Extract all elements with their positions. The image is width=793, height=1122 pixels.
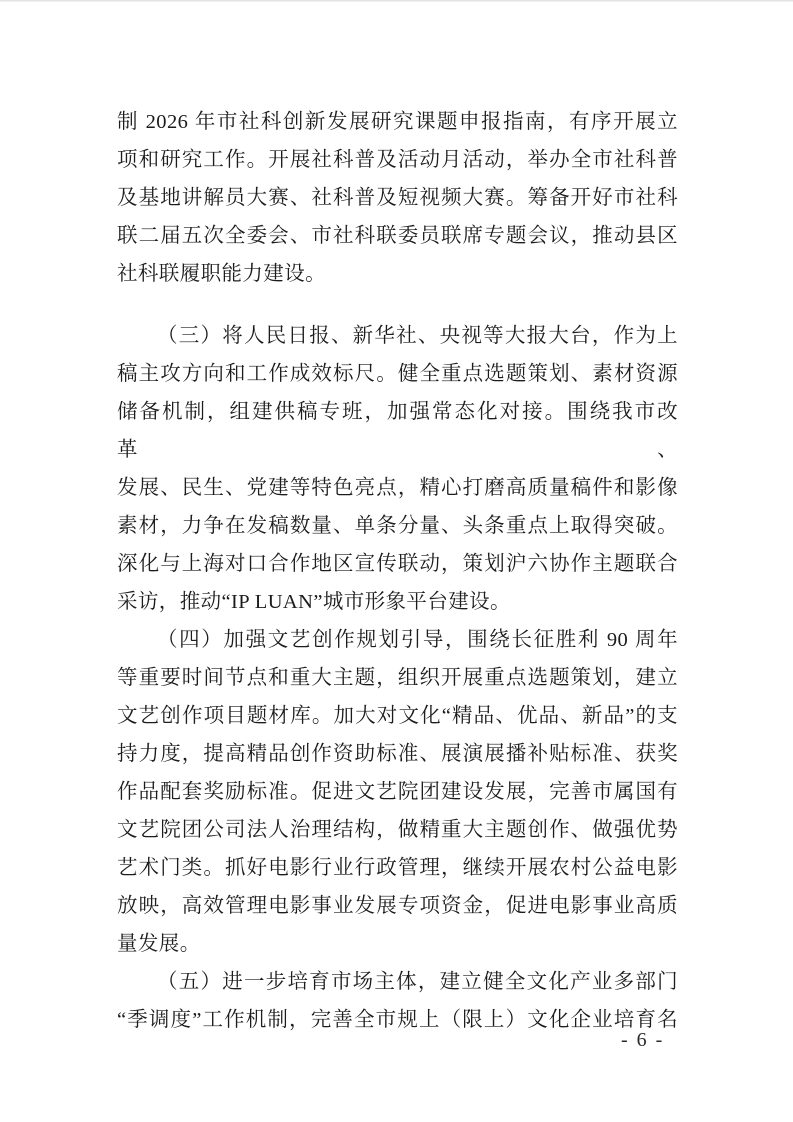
text-line: （四）加强文艺创作规划引导，围绕长征胜利 90 周年 [117,621,678,659]
paragraph-continuation: 制 2026 年市社科创新发展研究课题申报指南，有序开展立 项和研究工作。开展社… [117,103,678,293]
paragraph-section-4: （四）加强文艺创作规划引导，围绕长征胜利 90 周年 等重要时间节点和重大主题，… [117,621,678,963]
text-line: 素材，力争在发稿数量、单条分量、头条重点上取得突破。 [117,507,678,545]
text-line: 社科联履职能力建设。 [117,255,678,293]
text-line: 量发展。 [117,925,678,963]
text-line: 项和研究工作。开展社科普及活动月活动，举办全市社科普 [117,141,678,179]
text-line: 采访，推动“IP LUAN”城市形象平台建设。 [117,583,678,621]
text-line: 等重要时间节点和重大主题，组织开展重点选题策划，建立 [117,659,678,697]
text-line: 放映，高效管理电影事业发展专项资金，促进电影事业高质 [117,887,678,925]
text-line: 深化与上海对口合作地区宣传联动，策划沪六协作主题联合 [117,545,678,583]
text-line: 作品配套奖励标准。促进文艺院团建设发展，完善市属国有 [117,773,678,811]
text-line: 及基地讲解员大赛、社科普及短视频大赛。筹备开好市社科 [117,179,678,217]
text-line: 发展、民生、党建等特色亮点，精心打磨高质量稿件和影像 [117,469,678,507]
text-line: 持力度，提高精品创作资助标准、展演展播补贴标准、获奖 [117,735,678,773]
text-line: 稿主攻方向和工作成效标尺。健全重点选题策划、素材资源 [117,355,678,393]
text-line: 文艺院团公司法人治理结构，做精重大主题创作、做强优势 [117,811,678,849]
text-line: 艺术门类。抓好电影行业行政管理，继续开展农村公益电影 [117,849,678,887]
text-line: “季调度”工作机制，完善全市规上（限上）文化企业培育名 [117,1001,678,1039]
text-line: （五）进一步培育市场主体，建立健全文化产业多部门 [117,963,678,1001]
document-body: 制 2026 年市社科创新发展研究课题申报指南，有序开展立 项和研究工作。开展社… [117,103,678,1039]
scan-edge [0,0,793,2]
text-line: 文艺创作项目题材库。加大对文化“精品、优品、新品”的支 [117,697,678,735]
text-line: 联二届五次全委会、市社科联委员联席专题会议，推动县区 [117,217,678,255]
text-line: 制 2026 年市社科创新发展研究课题申报指南，有序开展立 [117,103,678,141]
text-line: 储备机制，组建供稿专班，加强常态化对接。围绕我市改革、 [117,393,678,469]
page-number: - 6 - [621,1026,681,1054]
paragraph-section-5: （五）进一步培育市场主体，建立健全文化产业多部门 “季调度”工作机制，完善全市规… [117,963,678,1039]
text-line: （三）将人民日报、新华社、央视等大报大台，作为上 [117,317,678,355]
paragraph-section-3: （三）将人民日报、新华社、央视等大报大台，作为上 稿主攻方向和工作成效标尺。健全… [117,317,678,621]
